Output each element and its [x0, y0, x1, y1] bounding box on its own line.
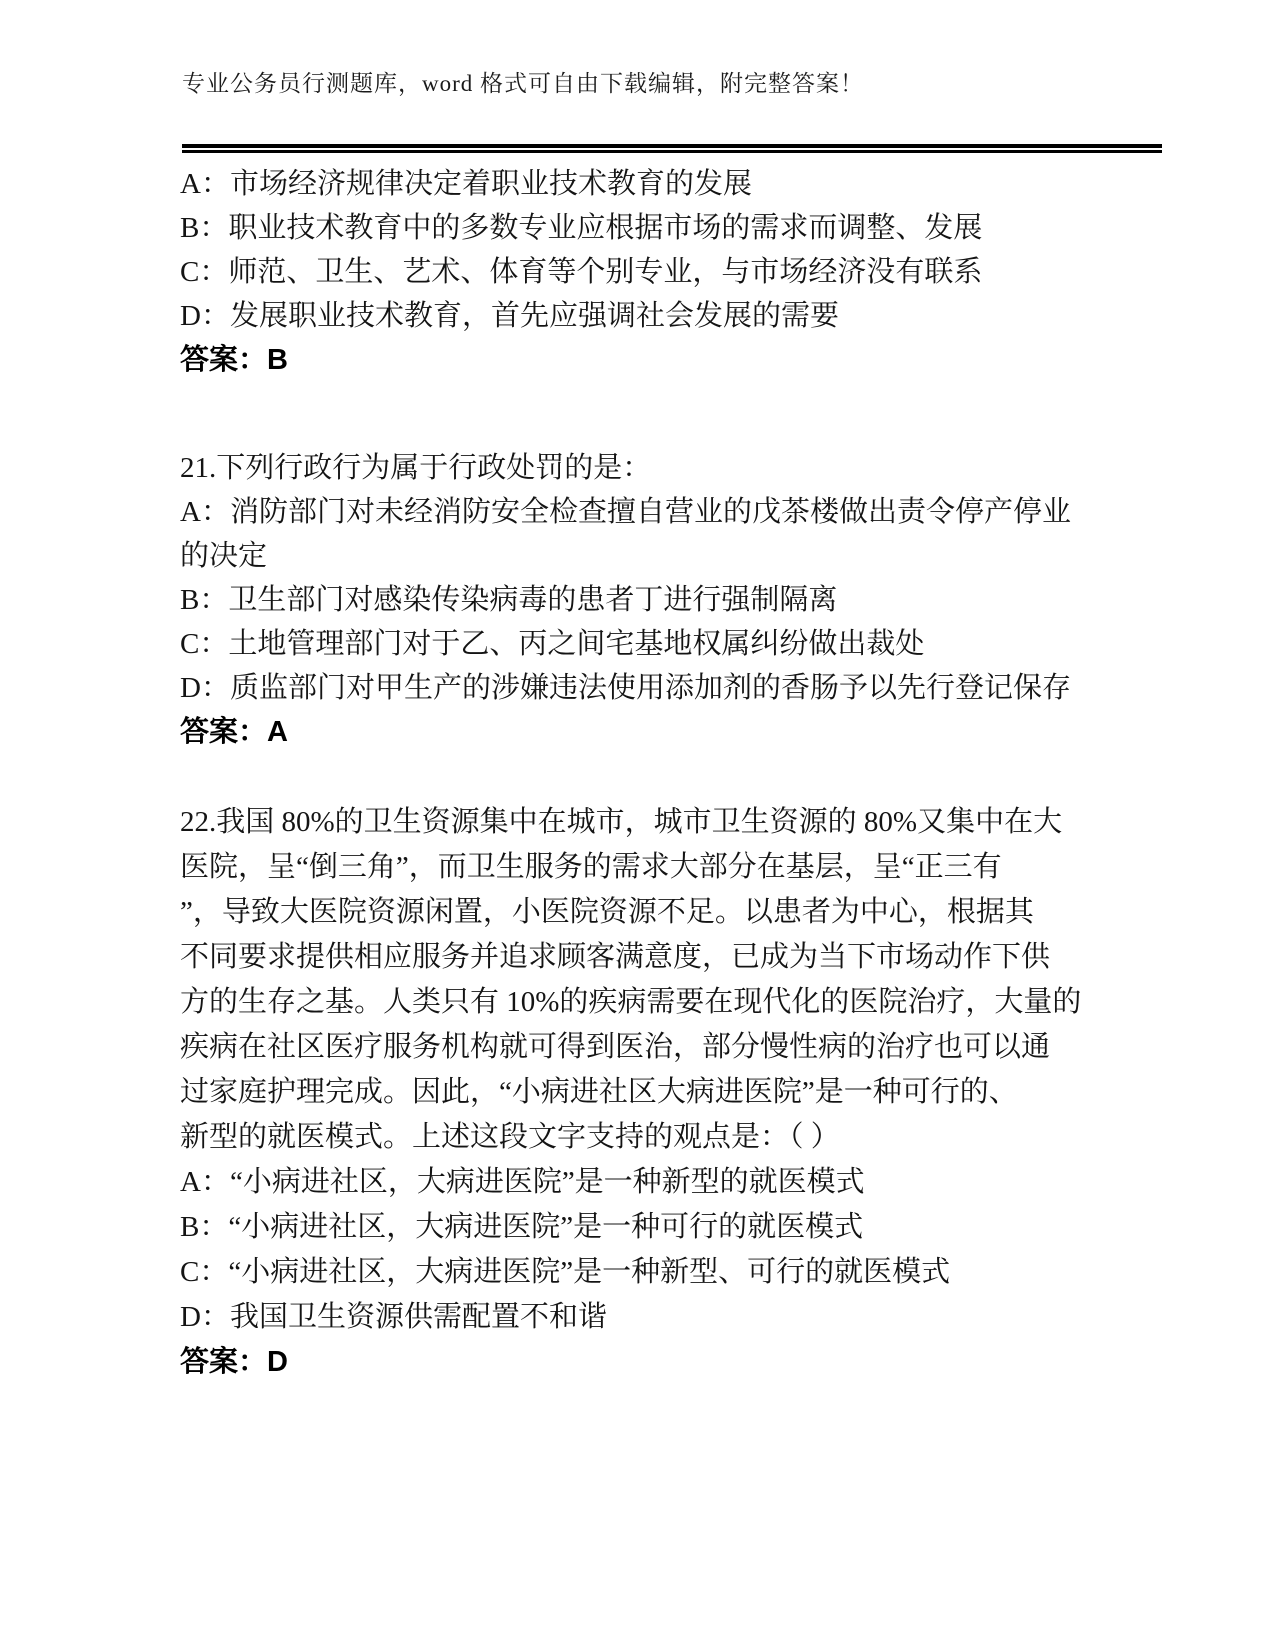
option-line-d: D：发展职业技术教育，首先应强调社会发展的需要 — [180, 294, 1110, 338]
header-divider-rule — [182, 144, 1162, 153]
option-line-b: B：职业技术教育中的多数专业应根据市场的需求而调整、发展 — [180, 206, 1110, 250]
question-text-line: 新型的就医模式。上述这段文字支持的观点是：（ ） — [180, 1115, 1110, 1160]
question-text-line: 不同要求提供相应服务并追求顾客满意度，已成为当下市场动作下供 — [180, 935, 1110, 980]
option-line-a-continued: 的决定 — [180, 534, 1110, 578]
question-title-line: 21.下列行政行为属于行政处罚的是： — [180, 446, 1110, 490]
option-line-b: B：“小病进社区，大病进医院”是一种可行的就医模式 — [180, 1205, 1110, 1250]
question-text-line: 过家庭护理完成。因此，“小病进社区大病进医院”是一种可行的、 — [180, 1070, 1110, 1115]
option-line-c: C：土地管理部门对于乙、丙之间宅基地权属纠纷做出裁处 — [180, 622, 1110, 666]
question-text-line: ”，导致大医院资源闲置，小医院资源不足。以患者为中心，根据其 — [180, 890, 1110, 935]
question-text-line: 医院，呈“倒三角”，而卫生服务的需求大部分在基层，呈“正三有 — [180, 845, 1110, 890]
question-block-21: 21.下列行政行为属于行政处罚的是： A：消防部门对未经消防安全检查擅自营业的戊… — [180, 446, 1110, 754]
page-header-note: 专业公务员行测题库，word 格式可自由下载编辑，附完整答案！ — [182, 66, 864, 102]
option-line-a: A：市场经济规律决定着职业技术教育的发展 — [180, 162, 1110, 206]
option-line-c: C：师范、卫生、艺术、体育等个别专业，与市场经济没有联系 — [180, 250, 1110, 294]
option-line-d: D：质监部门对甲生产的涉嫌违法使用添加剂的香肠予以先行登记保存 — [180, 666, 1110, 710]
answer-line: 答案：B — [180, 338, 1110, 382]
question-text-line: 22.我国 80%的卫生资源集中在城市，城市卫生资源的 80%又集中在大 — [180, 800, 1110, 845]
option-line-d: D：我国卫生资源供需配置不和谐 — [180, 1295, 1110, 1340]
document-page: 专业公务员行测题库，word 格式可自由下载编辑，附完整答案！ A：市场经济规律… — [0, 0, 1275, 1650]
answer-line: 答案：A — [180, 710, 1110, 754]
question-text-line: 疾病在社区医疗服务机构就可得到医治，部分慢性病的治疗也可以通 — [180, 1025, 1110, 1070]
question-block-20: A：市场经济规律决定着职业技术教育的发展 B：职业技术教育中的多数专业应根据市场… — [180, 162, 1110, 382]
option-line-b: B：卫生部门对感染传染病毒的患者丁进行强制隔离 — [180, 578, 1110, 622]
question-text-line: 方的生存之基。人类只有 10%的疾病需要在现代化的医院治疗，大量的 — [180, 980, 1110, 1025]
option-line-a: A：“小病进社区，大病进医院”是一种新型的就医模式 — [180, 1160, 1110, 1205]
option-line-a: A：消防部门对未经消防安全检查擅自营业的戊茶楼做出责令停产停业 — [180, 490, 1110, 534]
answer-line: 答案：D — [180, 1340, 1110, 1385]
option-line-c: C：“小病进社区，大病进医院”是一种新型、可行的就医模式 — [180, 1250, 1110, 1295]
question-block-22: 22.我国 80%的卫生资源集中在城市，城市卫生资源的 80%又集中在大 医院，… — [180, 800, 1110, 1385]
